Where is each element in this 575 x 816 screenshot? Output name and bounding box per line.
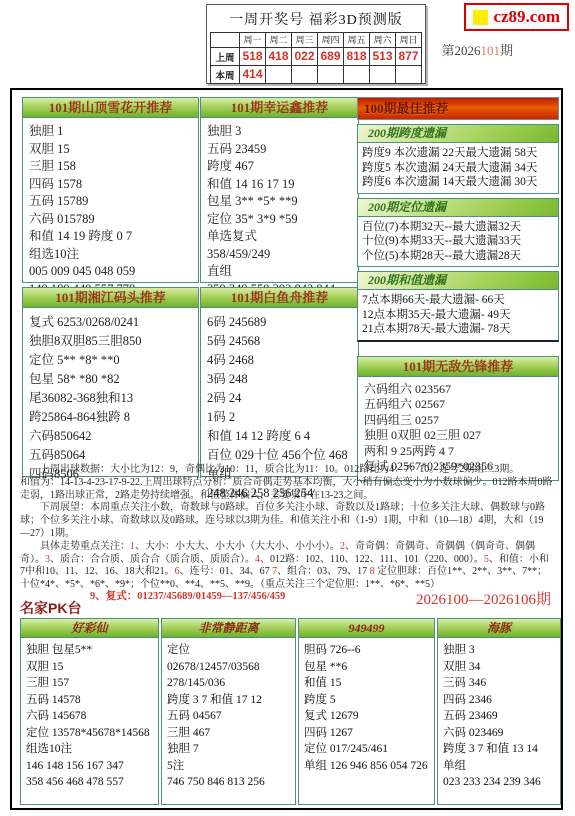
prediction-line: 278/145/036 bbox=[167, 675, 290, 692]
prediction-line: 定位 13578*45678*14568 bbox=[26, 725, 153, 742]
prediction-line: 5码 24568 bbox=[207, 332, 352, 351]
expert-feichangjingjuli-name: 非常静距离 bbox=[161, 618, 296, 638]
expert-haocaixian-name: 好彩仙 bbox=[20, 618, 159, 638]
panel-shanding-title: 101期山顶雪花开推荐 bbox=[23, 98, 198, 118]
panel-shanding-body: 独胆 1双胆 15三胆 158四码 1578五码 15789六码 015789和… bbox=[23, 118, 198, 303]
prediction-line: 三码 346 bbox=[443, 675, 555, 692]
thisweek-row: 本周 414 bbox=[210, 66, 422, 84]
prediction-line: 胆码 726--6 bbox=[304, 642, 429, 659]
prediction-line: 单选复式 bbox=[207, 228, 352, 246]
draw-value-cell: 818 bbox=[343, 48, 369, 66]
expert-haocaixian-body: 独胆 包星5**双胆 15三胆 157五码 14578六码 145678定位 1… bbox=[20, 638, 159, 805]
panel-xiangjiang: 101期湘江码头推荐 复式 6253/0268/0241独胆8双胆85三胆850… bbox=[22, 287, 199, 477]
draw-value-cell: 518 bbox=[239, 48, 265, 66]
prediction-line: 独胆 7 bbox=[167, 741, 290, 758]
prediction-line: 5注 bbox=[167, 758, 290, 775]
prediction-line: 包星 3** *5* **9 bbox=[207, 193, 352, 211]
miss-line: 跨度9 本次遗漏 22天最大遗漏 58天 bbox=[362, 146, 554, 161]
fushi-red-line: 9、复式：01237/45689/01459—137/456/459 bbox=[90, 588, 285, 603]
cz89-logo[interactable]: cz89.com bbox=[464, 3, 569, 31]
text-segment: 、组合：03、79、17 bbox=[277, 566, 370, 577]
miss-line: 十位(9)本期33天--最大遗漏33天 bbox=[362, 234, 554, 249]
day-cell: 周五 bbox=[343, 32, 369, 48]
text-segment: 、012路：102、110、122、111、101（220、000）。 bbox=[260, 554, 484, 565]
prediction-line: 复式 12679 bbox=[304, 708, 429, 725]
draw-value-cell: 513 bbox=[369, 48, 395, 66]
prediction-line: 三胆 467 bbox=[167, 725, 290, 742]
prediction-line: 跨25864-864独跨 8 bbox=[29, 408, 192, 427]
analysis-p2: 和值为：14-13-4-23-17-9-22.上周出球特点分析：质合奇偶走势基本… bbox=[20, 477, 553, 503]
prediction-line: 023 233 234 239 346 bbox=[443, 774, 555, 791]
issue-current: 101 bbox=[480, 43, 500, 58]
expert-haocaixian: 好彩仙 独胆 包星5**双胆 15三胆 157五码 14578六码 145678… bbox=[20, 618, 159, 805]
miss-line: 12点本期35天-最大遗漏- 49天 bbox=[362, 308, 554, 323]
miss-line: 个位(5)本期28天--最大遗漏28天 bbox=[362, 249, 554, 264]
pk-period-range: 2026100—2026106期 bbox=[416, 588, 551, 609]
lastweek-values: 518418022689818513877 bbox=[239, 48, 422, 66]
prediction-line: 四码 2346 bbox=[443, 692, 555, 709]
prediction-line: 四码 1267 bbox=[304, 725, 429, 742]
day-cell: 周日 bbox=[395, 32, 422, 48]
prediction-line: 6码 245689 bbox=[207, 313, 352, 332]
prediction-line: 包星 **6 bbox=[304, 659, 429, 676]
prediction-line: 组选10注 bbox=[29, 246, 192, 264]
panel-xiangjiang-body: 复式 6253/0268/0241独胆8双胆85三胆850定位 5** *8* … bbox=[23, 308, 198, 489]
miss-line: 7点本期66天-最大遗漏- 66天 bbox=[362, 293, 554, 308]
day-cell: 周六 bbox=[369, 32, 395, 48]
prediction-line: 独胆8双胆85三胆850 bbox=[29, 332, 192, 351]
prediction-line: 跨度 3 7 和值 17 12 bbox=[167, 692, 290, 709]
page: 一周开奖号 福彩3D预测版 周一周二周三周四周五周六周日 上周 51841802… bbox=[0, 0, 575, 816]
prediction-line: 复式 6253/0268/0241 bbox=[29, 313, 192, 332]
prediction-line: 两和 9 25两跨 4 7 bbox=[364, 444, 552, 460]
position-miss-title: 200期定位遗漏 bbox=[358, 199, 558, 217]
panel-xiangjiang-title: 101期湘江码头推荐 bbox=[23, 288, 198, 308]
draw-value-cell bbox=[395, 66, 422, 84]
prediction-line: 358/459/249 bbox=[207, 246, 352, 264]
page-title: 一周开奖号 福彩3D预测版 bbox=[210, 7, 422, 32]
sum-miss-title: 200期和值遗漏 bbox=[358, 272, 558, 290]
prediction-line: 五码 04567 bbox=[167, 708, 290, 725]
draw-value-cell: 877 bbox=[395, 48, 422, 66]
issue-prefix: 第2026 bbox=[441, 43, 480, 58]
prediction-line: 定位 017/245/461 bbox=[304, 741, 429, 758]
prediction-line: 独胆 包星5** bbox=[26, 642, 153, 659]
miss-line: 21点本期78天-最大遗漏- 78天 bbox=[362, 322, 554, 337]
sum-miss-body: 7点本期66天-最大遗漏- 66天12点本期35天-最大遗漏- 49天21点本期… bbox=[358, 290, 558, 340]
prediction-line: 三胆 157 bbox=[26, 675, 153, 692]
text-segment: 、连号：01、34、67 bbox=[180, 566, 273, 577]
prediction-line: 四码组三 0257 bbox=[364, 413, 552, 429]
prediction-line: 五码85064 bbox=[29, 446, 192, 465]
prediction-line: 五码 23469 bbox=[443, 708, 555, 725]
prediction-line: 组选10注 bbox=[26, 741, 153, 758]
text-segment: 、大小：小大大、小大小（大大小、小小小）。 bbox=[135, 541, 340, 552]
draw-value-cell: 418 bbox=[265, 48, 291, 66]
panel-pioneer: 101期无敌先锋推荐 六码组六 023567五码组六 02567四码组三 025… bbox=[357, 356, 559, 481]
day-cell: 周二 bbox=[265, 32, 291, 48]
prediction-line: 4码 2468 bbox=[207, 351, 352, 370]
prediction-line: 定位 bbox=[167, 642, 290, 659]
lastweek-label: 上周 bbox=[210, 48, 239, 66]
panel-baiyuzhou: 101期白鱼舟推荐 6码 2456895码 245684码 24683码 248… bbox=[200, 287, 359, 477]
prediction-line: 358 456 468 478 557 bbox=[26, 774, 153, 791]
prediction-line: 和值 14 12 跨度 6 4 bbox=[207, 427, 352, 446]
prediction-line: 三胆 158 bbox=[29, 158, 192, 176]
text-segment: 、质合：合合质、质合合（质合质、质质合）。 bbox=[50, 554, 255, 565]
draw-value-cell bbox=[265, 66, 291, 84]
miss-line: 百位(7)本期32天--最大遗漏32天 bbox=[362, 220, 554, 235]
main-frame: 101期山顶雪花开推荐 独胆 1双胆 15三胆 158四码 1578五码 157… bbox=[10, 88, 563, 810]
draw-value-cell bbox=[343, 66, 369, 84]
prediction-line: 六码 145678 bbox=[26, 708, 153, 725]
prediction-line: 百位 029十位 456个位 468 bbox=[207, 446, 352, 465]
draw-value-cell bbox=[291, 66, 317, 84]
panel-xingyunxin-title: 101期幸运鑫推荐 bbox=[201, 98, 358, 118]
position-miss-body: 百位(7)本期32天--最大遗漏32天十位(9)本期33天--最大遗漏33天个位… bbox=[358, 217, 558, 267]
expert-haitun-body: 独胆 3双胆 34三码 346四码 2346五码 23469六码 023469跨… bbox=[437, 638, 561, 805]
prediction-line: 单组 bbox=[443, 758, 555, 775]
prediction-line: 六码850642 bbox=[29, 427, 192, 446]
prediction-line: 直组 bbox=[207, 263, 352, 281]
prediction-line: 双胆 15 bbox=[26, 659, 153, 676]
prediction-line: 独胆 3 bbox=[443, 642, 555, 659]
prediction-line: 独胆 3 bbox=[207, 123, 352, 141]
day-cell: 周三 bbox=[291, 32, 317, 48]
prediction-line: 五码 15789 bbox=[29, 193, 192, 211]
miss-line: 跨度5 本次遗漏 24天最大遗漏 34天 bbox=[362, 161, 554, 176]
prediction-line: 定位 5** *8* **0 bbox=[29, 351, 192, 370]
sum-miss-box: 200期和值遗漏 7点本期66天-最大遗漏- 66天12点本期35天-最大遗漏-… bbox=[357, 271, 559, 342]
issue-suffix: 期 bbox=[500, 43, 513, 58]
thisweek-values: 414 bbox=[239, 66, 422, 84]
analysis-p4: 具体走势重点关注：1、大小：小大大、小大小（大大小、小小小）。2、奇奇偶：奇偶奇… bbox=[20, 541, 553, 592]
prediction-line: 六码 015789 bbox=[29, 211, 192, 229]
week-corner-cell bbox=[210, 32, 239, 48]
logo-square-icon bbox=[473, 10, 488, 25]
issue-number: 第2026101期 bbox=[441, 40, 513, 59]
weekly-draw-box: 一周开奖号 福彩3D预测版 周一周二周三周四周五周六周日 上周 51841802… bbox=[206, 4, 426, 84]
prediction-line: 六码组六 023567 bbox=[364, 382, 552, 398]
prediction-line: 四码 1578 bbox=[29, 176, 192, 194]
panel-pioneer-title: 101期无敌先锋推荐 bbox=[358, 357, 558, 377]
prediction-line: 005 009 045 048 059 bbox=[29, 263, 192, 281]
draw-value-cell: 689 bbox=[317, 48, 343, 66]
panel-xingyunxin-body: 独胆 3五码 23459跨度 467和值 14 16 17 19包星 3** *… bbox=[201, 118, 358, 303]
prediction-line: 跨度 5 bbox=[304, 692, 429, 709]
best-recommend-banner: 100期最佳推荐 bbox=[357, 97, 559, 120]
prediction-line: 独胆 1 bbox=[29, 123, 192, 141]
day-cell: 周一 bbox=[239, 32, 265, 48]
prediction-line: 跨度 467 bbox=[207, 158, 352, 176]
week-day-cells: 周一周二周三周四周五周六周日 bbox=[239, 32, 422, 48]
prediction-line: 和值 14 16 17 19 bbox=[207, 176, 352, 194]
lastweek-row: 上周 518418022689818513877 bbox=[210, 48, 422, 66]
analysis-p1: 上周出球数据：大小比为12：9，奇偶比为10：11，质合比为11：10。012路… bbox=[20, 464, 553, 477]
prediction-line: 和值 15 bbox=[304, 675, 429, 692]
draw-value-cell: 414 bbox=[239, 66, 265, 84]
draw-value-cell bbox=[317, 66, 343, 84]
draw-value-cell bbox=[369, 66, 395, 84]
text-segment: 具体走势重点关注： bbox=[40, 541, 130, 552]
prediction-line: 和值 14 19 跨度 0 7 bbox=[29, 228, 192, 246]
prediction-line: 1码 2 bbox=[207, 408, 352, 427]
panel-baiyuzhou-title: 101期白鱼舟推荐 bbox=[201, 288, 358, 308]
draw-value-cell: 022 bbox=[291, 48, 317, 66]
analysis-text: 上周出球数据：大小比为12：9，奇偶比为10：11，质合比为11：10。012路… bbox=[20, 464, 553, 592]
expert-949499-body: 胆码 726--6包星 **6和值 15跨度 5复式 12679四码 1267定… bbox=[298, 638, 435, 805]
prediction-line: 五码组六 02567 bbox=[364, 397, 552, 413]
expert-feichangjingjuli-body: 定位02678/12457/03568278/145/036跨度 3 7 和值 … bbox=[161, 638, 296, 805]
prediction-line: 双胆 34 bbox=[443, 659, 555, 676]
expert-haitun-name: 海豚 bbox=[437, 618, 561, 638]
logo-text: cz89.com bbox=[493, 7, 560, 27]
span-miss-box: 200期跨度遗漏 跨度9 本次遗漏 22天最大遗漏 58天跨度5 本次遗漏 24… bbox=[357, 124, 559, 194]
miss-line: 跨度6 本次遗漏 14天最大遗漏 30天 bbox=[362, 175, 554, 190]
prediction-line: 跨度 3 7 和值 13 14 bbox=[443, 741, 555, 758]
expert-949499: 949499 胆码 726--6包星 **6和值 15跨度 5复式 12679四… bbox=[298, 618, 435, 805]
prediction-line: 746 750 846 813 256 bbox=[167, 774, 290, 791]
prediction-line: 五码 23459 bbox=[207, 141, 352, 159]
prediction-line: 五码 14578 bbox=[26, 692, 153, 709]
prediction-line: 2码 24 bbox=[207, 389, 352, 408]
prediction-line: 146 148 156 167 347 bbox=[26, 758, 153, 775]
prediction-line: 包星 58* *80 *82 bbox=[29, 370, 192, 389]
expert-949499-name: 949499 bbox=[298, 618, 435, 638]
prediction-line: 3码 248 bbox=[207, 370, 352, 389]
position-miss-box: 200期定位遗漏 百位(7)本期32天--最大遗漏32天十位(9)本期33天--… bbox=[357, 198, 559, 268]
panel-shanding: 101期山顶雪花开推荐 独胆 1双胆 15三胆 158四码 1578五码 157… bbox=[22, 97, 199, 283]
prediction-line: 独胆 0双胆 02三胆 027 bbox=[364, 428, 552, 444]
expert-haitun: 海豚 独胆 3双胆 34三码 346四码 2346五码 23469六码 0234… bbox=[437, 618, 561, 805]
thisweek-label: 本周 bbox=[210, 66, 239, 84]
panel-xingyunxin: 101期幸运鑫推荐 独胆 3五码 23459跨度 467和值 14 16 17 … bbox=[200, 97, 359, 283]
expert-feichangjingjuli: 非常静距离 定位02678/12457/03568278/145/036跨度 3… bbox=[161, 618, 296, 805]
prediction-line: 单组 126 946 856 054 726 bbox=[304, 758, 429, 775]
span-miss-body: 跨度9 本次遗漏 22天最大遗漏 58天跨度5 本次遗漏 24天最大遗漏 34天… bbox=[358, 143, 558, 193]
prediction-line: 尾36082-368独和13 bbox=[29, 389, 192, 408]
prediction-line: 02678/12457/03568 bbox=[167, 659, 290, 676]
prediction-line: 六码 023469 bbox=[443, 725, 555, 742]
day-cell: 周四 bbox=[317, 32, 343, 48]
experts-row: 好彩仙 独胆 包星5**双胆 15三胆 157五码 14578六码 145678… bbox=[20, 618, 561, 805]
week-header-row: 周一周二周三周四周五周六周日 bbox=[210, 32, 422, 48]
analysis-p3: 下周展望：本周重点关注小数，奇数球与0路球。百位多关注小球、奇数以及1路球；十位… bbox=[20, 502, 553, 540]
pk-stage-title: 名家PK台 bbox=[20, 598, 81, 618]
prediction-line: 定位 35* 3*9 *59 bbox=[207, 211, 352, 229]
prediction-line: 双胆 15 bbox=[29, 141, 192, 159]
span-miss-title: 200期跨度遗漏 bbox=[358, 125, 558, 143]
right-column: 100期最佳推荐 200期跨度遗漏 跨度9 本次遗漏 22天最大遗漏 58天跨度… bbox=[357, 97, 559, 481]
